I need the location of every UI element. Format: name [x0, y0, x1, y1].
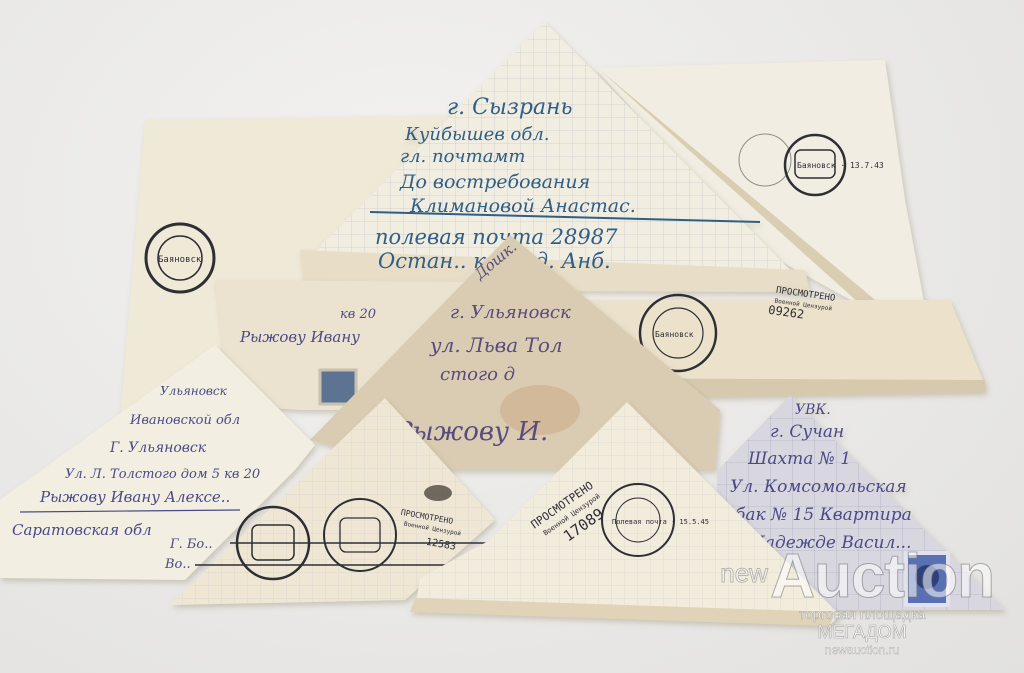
watermark: new Auction торговая площадка МЕГАДОМ ne…: [730, 548, 994, 657]
photo-scene: Баяновск Баяновск · 13.7.43 г. Сызрань К…: [0, 0, 1024, 673]
svg-text:Г. Ульяновск: Г. Ульяновск: [109, 440, 207, 456]
svg-text:Рыжову Ивану Алексе..: Рыжову Ивану Алексе..: [39, 488, 230, 506]
svg-text:бак № 15 Квартира: бак № 15 Квартира: [735, 505, 912, 525]
svg-text:ул. Льва Тол: ул. Льва Тол: [429, 333, 563, 357]
watermark-url: newauction.ru: [730, 643, 994, 657]
svg-text:Саратовская обл: Саратовская обл: [12, 521, 152, 539]
svg-text:г. Сызрань: г. Сызрань: [447, 95, 573, 120]
svg-text:стого д: стого д: [440, 364, 515, 385]
svg-text:г. Ульяновск: г. Ульяновск: [450, 302, 571, 323]
svg-text:Ул. Комсомольская: Ул. Комсомольская: [730, 477, 907, 497]
svg-text:г. Сучан: г. Сучан: [770, 422, 844, 442]
svg-text:УВК.: УВК.: [795, 402, 831, 418]
watermark-prefix: new: [720, 558, 768, 589]
svg-text:Баяновск: Баяновск: [158, 255, 202, 265]
svg-text:Ивановской обл: Ивановской обл: [129, 413, 240, 428]
watermark-brand: МЕГАДОМ: [730, 622, 994, 643]
svg-text:Шахта № 1: Шахта № 1: [747, 449, 851, 469]
svg-text:Ульяновск: Ульяновск: [160, 384, 228, 398]
svg-text:Г. Бо..: Г. Бо..: [169, 537, 213, 552]
svg-text:Во..: Во..: [164, 557, 191, 572]
watermark-name: Auction: [730, 548, 994, 606]
svg-text:Баяновск: Баяновск: [655, 330, 694, 339]
svg-text:Полевая почта · 15.5.45: Полевая почта · 15.5.45: [612, 518, 709, 526]
svg-text:Рыжову Ивану: Рыжову Ивану: [239, 328, 360, 346]
svg-text:Ул. Л. Толстого дом 5 кв 20: Ул. Л. Толстого дом 5 кв 20: [65, 467, 260, 482]
svg-text:До востребования: До востребования: [399, 171, 590, 193]
svg-text:Куйбышев обл.: Куйбышев обл.: [404, 124, 550, 145]
svg-text:кв 20: кв 20: [340, 307, 376, 322]
svg-text:полевая почта 28987: полевая почта 28987: [375, 225, 618, 249]
svg-text:Баяновск · 13.7.43: Баяновск · 13.7.43: [797, 161, 884, 170]
svg-text:гл. почтамт: гл. почтамт: [400, 146, 525, 167]
